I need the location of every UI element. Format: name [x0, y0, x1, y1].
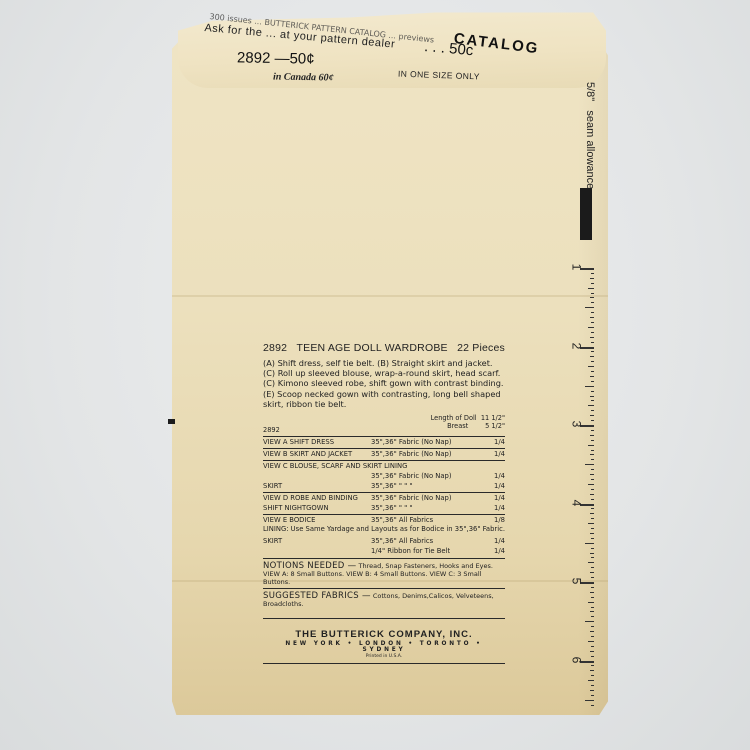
row-yards: 1/4	[491, 537, 505, 546]
skirt-yardage: SKIRT35",36" All Fabrics1/41/4" Ribbon f…	[263, 536, 505, 556]
ruler-tick	[590, 513, 594, 514]
skirt-row: 1/4" Ribbon for Tie Belt1/4	[263, 546, 505, 556]
description-line: (E) Scoop necked gown with contrasting, …	[263, 389, 505, 409]
length-label: Length of Doll	[431, 414, 477, 422]
row-label: VIEW A SHIFT DRESS	[263, 438, 371, 447]
ruler-tick	[591, 685, 594, 686]
fabrics-section: SUGGESTED FABRICS — Cottons, Denims,Cali…	[263, 592, 505, 608]
ruler-tick	[590, 651, 594, 652]
company-cities: NEW YORK • LONDON • TORONTO • SYDNEY	[263, 641, 505, 653]
row-yards: 1/8	[491, 516, 505, 525]
ruler-tick	[591, 675, 594, 676]
pattern-title: TEEN AGE DOLL WARDROBE	[297, 342, 448, 354]
ruler-tick	[591, 636, 594, 637]
row-fabric: 35",36" All Fabrics	[371, 516, 491, 525]
pattern-description: (A) Shift dress, self tie belt. (B) Stra…	[263, 358, 505, 409]
seam-label-text: seam allowance	[584, 110, 596, 189]
row-yards: 1/4	[491, 504, 505, 513]
breast-value: 5 1/2"	[485, 422, 505, 430]
ruler-tick	[588, 327, 594, 328]
ruler-tick	[591, 351, 594, 352]
yardage-row: SKIRT35",36" " " "1/4	[263, 481, 505, 493]
row-fabric: 1/4" Ribbon for Tie Belt	[371, 547, 491, 556]
inch-number: 1	[569, 264, 583, 271]
inch-number: 3	[569, 421, 583, 428]
ruler-tick	[588, 484, 594, 485]
envelope-crease	[172, 295, 608, 297]
yardage-row: SHIFT NIGHTGOWN35",36" " " "1/4	[263, 503, 505, 515]
ruler-tick	[591, 430, 594, 431]
breast-label: Breast	[447, 422, 468, 430]
ruler-tick	[590, 494, 594, 495]
ruler-tick	[591, 273, 594, 274]
row-fabric: 35",36" Fabric (No Nap)	[371, 494, 491, 503]
ruler-tick	[591, 577, 594, 578]
ruler-tick	[591, 587, 594, 588]
ruler-tick	[591, 283, 594, 284]
seam-fraction: 5/8"	[584, 82, 596, 101]
seam-marker-block	[580, 188, 592, 240]
pattern-pieces: 22 Pieces	[457, 342, 505, 354]
ruler-tick	[590, 670, 594, 671]
pattern-title-row: 2892 TEEN AGE DOLL WARDROBE 22 Pieces	[263, 342, 505, 354]
row-label: VIEW C BLOUSE, SCARF AND SKIRT LINING	[263, 462, 407, 471]
ruler-tick	[590, 454, 594, 455]
ruler-tick	[591, 342, 594, 343]
ruler-tick	[588, 405, 594, 406]
ruler-tick	[588, 288, 594, 289]
yardage-row: VIEW C BLOUSE, SCARF AND SKIRT LINING	[263, 461, 505, 471]
yardage-row: VIEW A SHIFT DRESS35",36" Fabric (No Nap…	[263, 437, 505, 449]
ruler-tick	[591, 528, 594, 529]
length-value: 11 1/2"	[481, 414, 505, 422]
ruler-tick	[585, 307, 594, 308]
ruler-tick	[591, 400, 594, 401]
inch-number: 6	[569, 656, 583, 663]
row-fabric: 35",36" Fabric (No Nap)	[371, 450, 491, 459]
yardage-table: VIEW A SHIFT DRESS35",36" Fabric (No Nap…	[263, 437, 505, 525]
row-yards: 1/4	[491, 494, 505, 503]
ruler-tick	[591, 361, 594, 362]
row-label	[263, 472, 371, 481]
row-yards: 1/4	[491, 547, 505, 556]
ruler-tick	[591, 567, 594, 568]
ruler-tick	[585, 700, 594, 701]
ruler-tick	[590, 553, 594, 554]
ruler-tick	[591, 410, 594, 411]
ruler-tick	[591, 538, 594, 539]
ruler-tick	[588, 680, 594, 681]
row-label: SKIRT	[263, 482, 371, 491]
ruler-tick	[588, 523, 594, 524]
yardage-row: VIEW D ROBE AND BINDING35",36" Fabric (N…	[263, 493, 505, 503]
row-fabric: 35",36" Fabric (No Nap)	[371, 438, 491, 447]
ruler-tick	[591, 626, 594, 627]
ruler-tick	[591, 499, 594, 500]
canada-price: in Canada 60¢	[273, 71, 334, 83]
ruler-tick	[590, 631, 594, 632]
ruler-tick	[591, 381, 594, 382]
notions-section: NOTIONS NEEDED — Thread, Snap Fasteners,…	[263, 562, 505, 586]
ruler-tick	[591, 459, 594, 460]
ruler-tick	[590, 611, 594, 612]
ruler-tick	[591, 450, 594, 451]
ruler-tick	[588, 562, 594, 563]
ruler-tick	[591, 705, 594, 706]
ruler-tick	[590, 533, 594, 534]
description-line: (A) Shift dress, self tie belt. (B) Stra…	[263, 358, 505, 368]
ruler-tick	[590, 337, 594, 338]
row-label: SHIFT NIGHTGOWN	[263, 504, 371, 513]
ruler-tick	[591, 695, 594, 696]
ruler-tick	[588, 445, 594, 446]
ruler-tick	[591, 440, 594, 441]
ruler-tick	[591, 371, 594, 372]
ruler-tick	[591, 597, 594, 598]
ruler-tick	[591, 391, 594, 392]
notch-mark	[168, 419, 175, 424]
description-line: (C) Roll up sleeved blouse, wrap-a-round…	[263, 368, 505, 378]
ruler-tick	[591, 293, 594, 294]
skirt-row: SKIRT35",36" All Fabrics1/4	[263, 536, 505, 546]
ruler-tick	[591, 322, 594, 323]
ruler-tick	[590, 317, 594, 318]
row-yards: 1/4	[491, 482, 505, 491]
ruler-tick	[591, 489, 594, 490]
ruler-tick	[590, 396, 594, 397]
ruler-tick	[585, 621, 594, 622]
ruler-tick	[588, 641, 594, 642]
ruler-tick	[590, 435, 594, 436]
ruler-tick	[591, 302, 594, 303]
company-name: THE BUTTERICK COMPANY, INC.	[263, 629, 505, 640]
company-footer: THE BUTTERICK COMPANY, INC. NEW YORK • L…	[263, 629, 505, 659]
ruler-tick	[590, 592, 594, 593]
ruler-tick	[591, 665, 594, 666]
lining-note: LINING: Use Same Yardage and Layouts as …	[263, 525, 505, 533]
ruler-tick	[591, 420, 594, 421]
ruler-tick	[585, 386, 594, 387]
row-label: SKIRT	[263, 537, 371, 546]
row-label: VIEW D ROBE AND BINDING	[263, 494, 371, 503]
inch-number: 5	[569, 578, 583, 585]
ruler-tick	[590, 474, 594, 475]
ruler-tick	[591, 518, 594, 519]
ruler-tick	[590, 572, 594, 573]
pattern-price: 2892 —50¢	[237, 49, 315, 67]
row-label: VIEW E BODICE	[263, 516, 371, 525]
ruler-tick	[590, 278, 594, 279]
yardage-row: VIEW B SKIRT AND JACKET35",36" Fabric (N…	[263, 449, 505, 461]
row-label	[263, 547, 371, 556]
ruler-tick	[588, 366, 594, 367]
yardage-row: 35",36" Fabric (No Nap)1/4	[263, 471, 505, 481]
row-yards: 1/4	[491, 450, 505, 459]
inch-number: 4	[569, 499, 583, 506]
ruler-tick	[591, 479, 594, 480]
ruler-tick	[590, 690, 594, 691]
ruler-tick	[590, 376, 594, 377]
ruler-tick	[591, 656, 594, 657]
row-yards: 1/4	[491, 472, 505, 481]
ruler-tick	[591, 548, 594, 549]
row-fabric: 35",36" " " "	[371, 504, 491, 513]
seam-allowance-label: 5/8" seam allowance	[584, 82, 596, 189]
description-line: (C) Kimono sleeved robe, shift gown with…	[263, 378, 505, 388]
yardage-row: VIEW E BODICE35",36" All Fabrics1/8	[263, 515, 505, 525]
pattern-number: 2892	[263, 342, 287, 354]
printed-note: Printed in U.S.A.	[263, 654, 505, 659]
ruler-tick	[590, 356, 594, 357]
ruler-tick	[590, 415, 594, 416]
pattern-info: 2892 TEEN AGE DOLL WARDROBE 22 Pieces (A…	[263, 342, 505, 664]
ruler-tick	[591, 557, 594, 558]
yardage-code: 2892	[263, 426, 280, 434]
inch-number: 2	[569, 342, 583, 349]
row-label: VIEW B SKIRT AND JACKET	[263, 450, 371, 459]
ruler-tick	[585, 543, 594, 544]
row-fabric: 35",36" " " "	[371, 482, 491, 491]
doll-measurements: 2892 Length of Doll 11 1/2" Breast 5 1/2…	[263, 414, 505, 436]
ruler-tick	[591, 646, 594, 647]
ruler-tick	[591, 508, 594, 509]
ruler-tick	[591, 332, 594, 333]
row-fabric: 35",36" All Fabrics	[371, 537, 491, 546]
ruler-tick	[591, 312, 594, 313]
ruler-tick	[588, 602, 594, 603]
ruler-tick	[585, 464, 594, 465]
ruler-tick	[591, 616, 594, 617]
ruler-tick	[591, 607, 594, 608]
row-fabric: 35",36" Fabric (No Nap)	[371, 472, 491, 481]
row-yards: 1/4	[491, 438, 505, 447]
ruler-tick	[590, 297, 594, 298]
ruler-tick	[591, 469, 594, 470]
